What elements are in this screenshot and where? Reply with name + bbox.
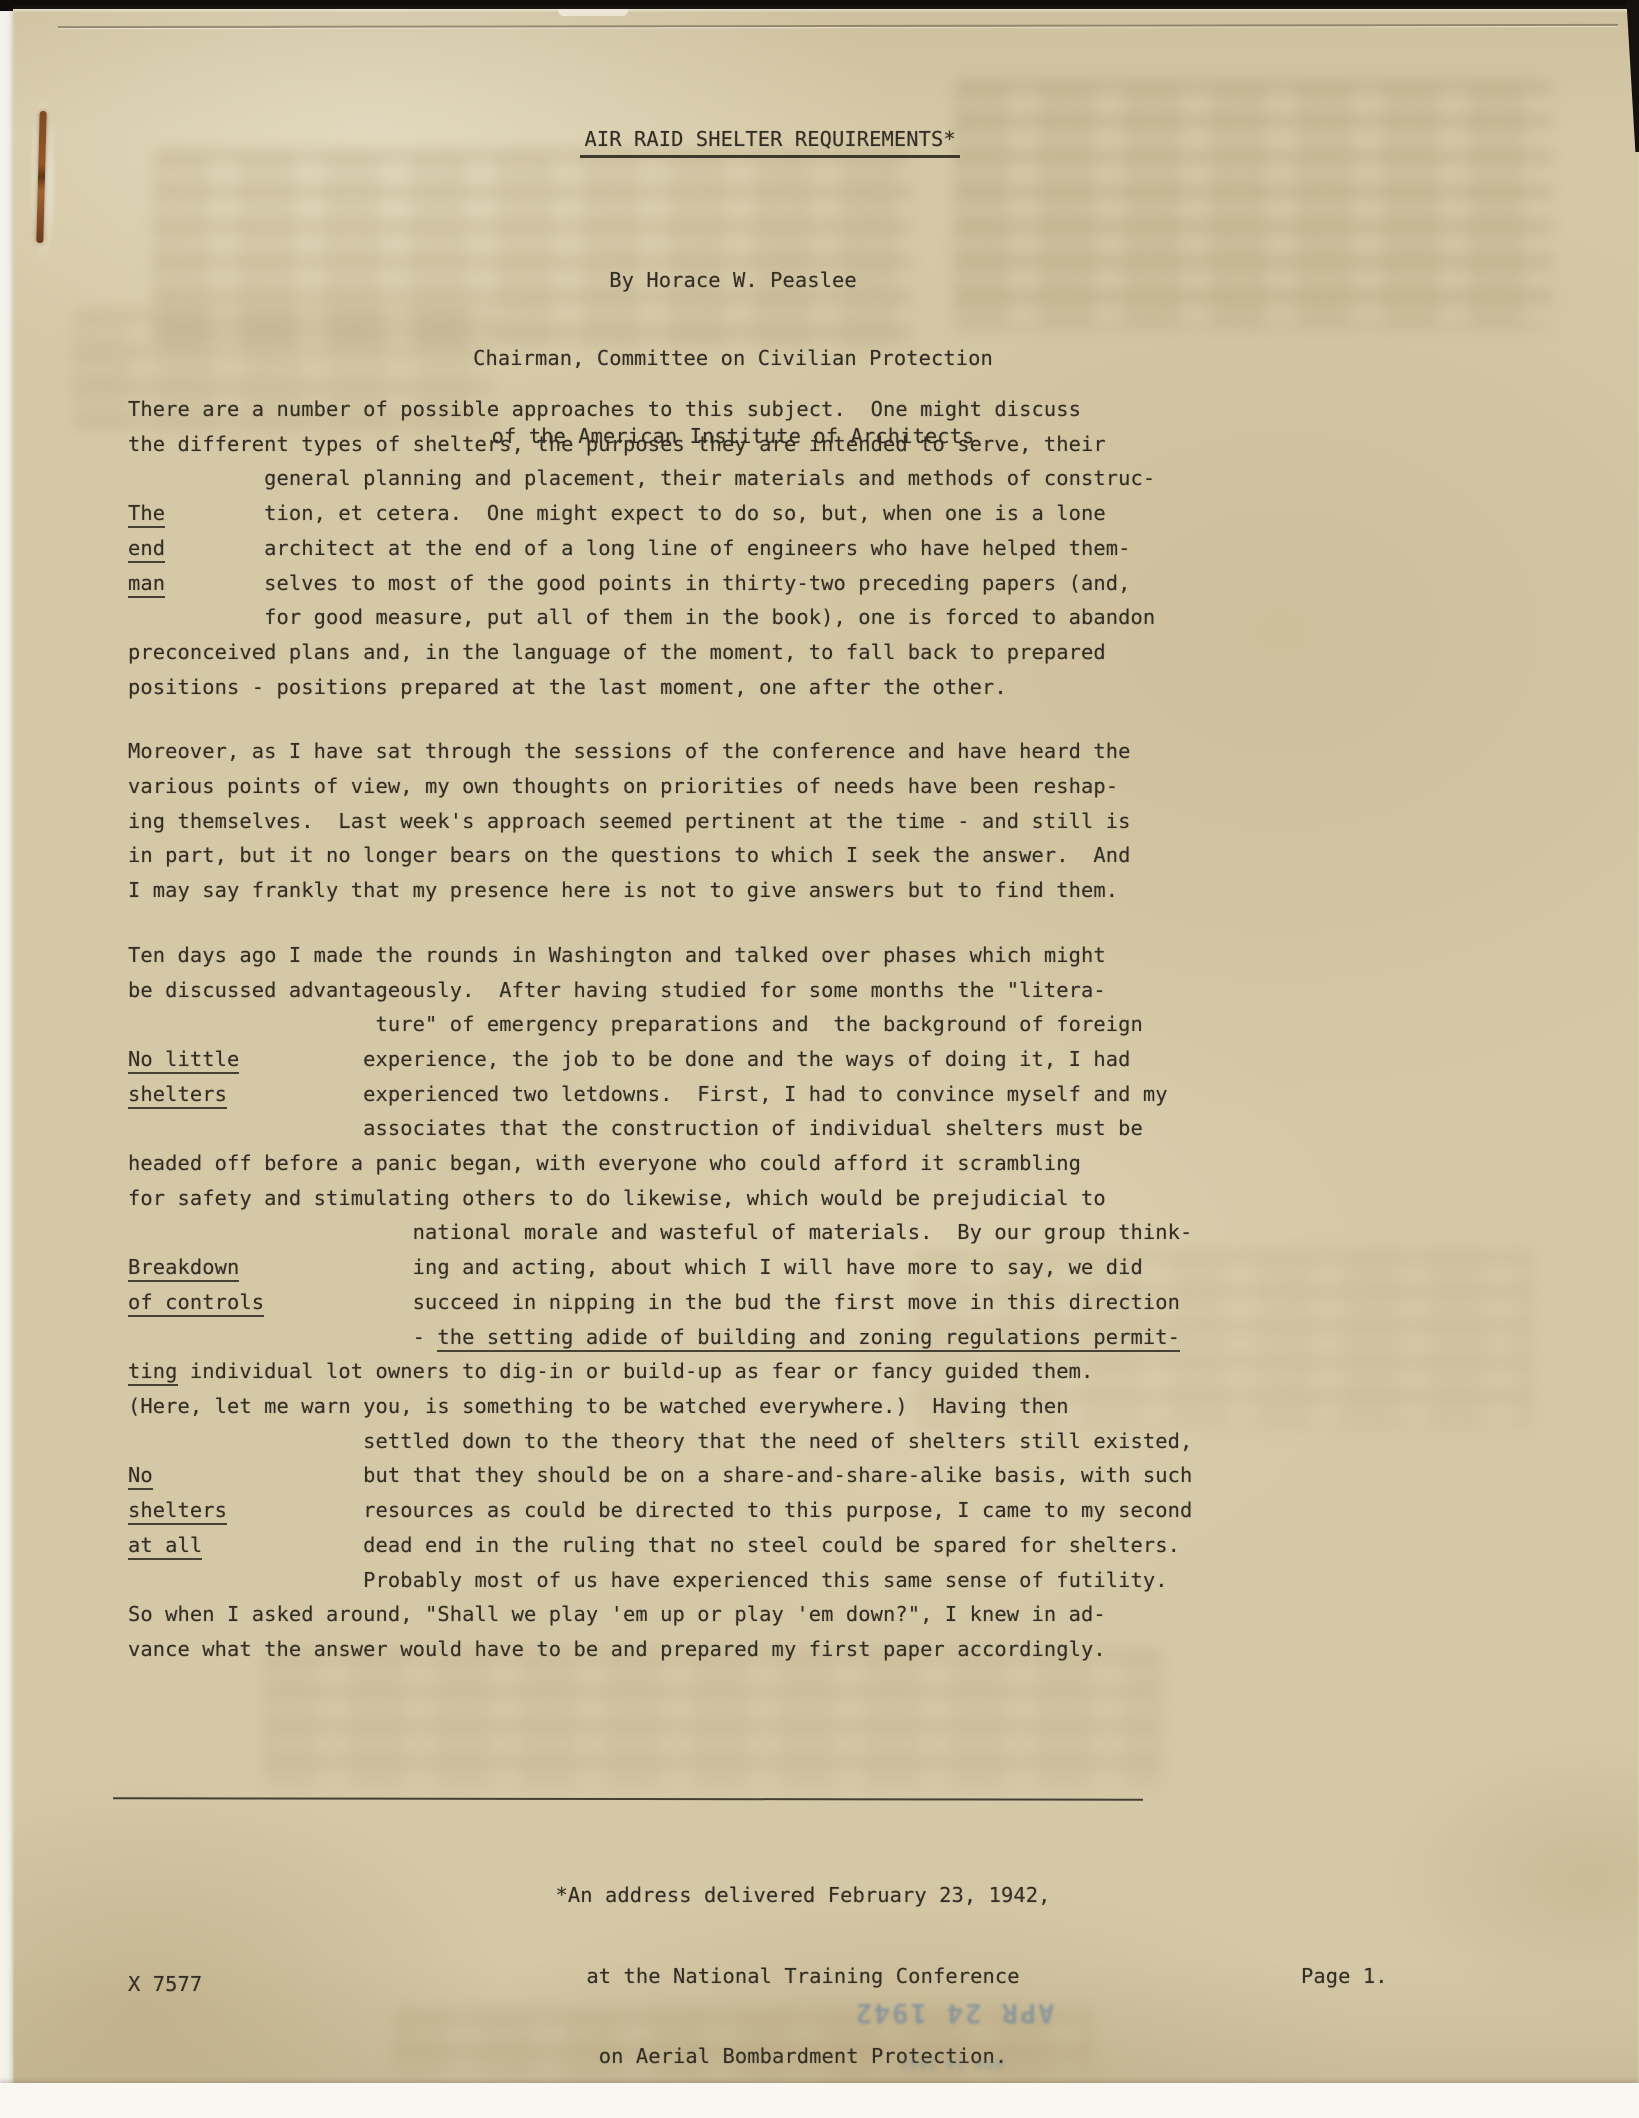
paper-crease xyxy=(58,24,1618,28)
text-segment: I may say frankly that my presence here … xyxy=(128,878,1118,902)
text-segment: - xyxy=(128,1325,437,1349)
underlined-text: No little xyxy=(128,1047,239,1074)
text-segment: associates that the construction of indi… xyxy=(128,1116,1143,1140)
text-line: shelters resources as could be directed … xyxy=(128,1493,1192,1528)
text-segment: There are a number of possible approache… xyxy=(128,397,1081,421)
date-stamp-bleedthrough: APR 24 1942 xyxy=(839,1997,1069,2028)
page-title: AIR RAID SHELTER REQUIREMENTS* xyxy=(580,126,959,158)
text-line: of controls succeed in nipping in the bu… xyxy=(128,1285,1192,1320)
text-line: preconceived plans and, in the language … xyxy=(128,635,1192,670)
scanner-edge-bottom xyxy=(0,2083,1639,2118)
underlined-text: the setting adide of building and zoning… xyxy=(437,1325,1180,1352)
text-line: positions - positions prepared at the la… xyxy=(128,670,1192,705)
text-line: vance what the answer would have to be a… xyxy=(128,1632,1192,1667)
text-line: associates that the construction of indi… xyxy=(128,1111,1192,1146)
text-line: general planning and placement, their ma… xyxy=(128,461,1192,496)
text-segment: selves to most of the good points in thi… xyxy=(165,571,1130,595)
text-segment: Probably most of us have experienced thi… xyxy=(128,1568,1168,1592)
text-segment: national morale and wasteful of material… xyxy=(128,1220,1192,1244)
byline-author: By Horace W. Peaslee xyxy=(128,267,1338,293)
underlined-text: ting xyxy=(128,1359,178,1386)
underlined-text: at all xyxy=(128,1533,202,1560)
text-line: various points of view, my own thoughts … xyxy=(128,769,1192,804)
text-segment: experience, the job to be done and the w… xyxy=(239,1047,1130,1071)
text-segment: be discussed advantageously. After havin… xyxy=(128,978,1106,1002)
text-segment: in part, but it no longer bears on the q… xyxy=(128,843,1130,867)
text-segment: Moreover, as I have sat through the sess… xyxy=(128,739,1130,763)
underlined-text: The xyxy=(128,501,165,528)
text-segment: for good measure, put all of them in the… xyxy=(128,605,1155,629)
underlined-text: shelters xyxy=(128,1498,227,1525)
text-line: for good measure, put all of them in the… xyxy=(128,600,1192,635)
text-line: at all dead end in the ruling that no st… xyxy=(128,1528,1192,1563)
scanned-document-screen: AIR RAID SHELTER REQUIREMENTS* By Horace… xyxy=(0,0,1639,2118)
text-line: No but that they should be on a share-an… xyxy=(128,1458,1192,1493)
underlined-text: man xyxy=(128,571,165,598)
text-line: Moreover, as I have sat through the sess… xyxy=(128,734,1192,769)
text-segment: general planning and placement, their ma… xyxy=(128,466,1155,490)
footnote: *An address delivered February 23, 1942,… xyxy=(298,1829,1308,2085)
text-line: So when I asked around, "Shall we play '… xyxy=(128,1597,1192,1632)
text-line: The tion, et cetera. One might expect to… xyxy=(128,496,1192,531)
text-segment: various points of view, my own thoughts … xyxy=(128,774,1118,798)
text-segment: succeed in nipping in the bud the first … xyxy=(264,1290,1180,1314)
document-body: There are a number of possible approache… xyxy=(128,392,1192,1697)
text-line: - the setting adide of building and zoni… xyxy=(128,1320,1192,1355)
text-line: end architect at the end of a long line … xyxy=(128,531,1192,566)
text-segment: experienced two letdowns. First, I had t… xyxy=(227,1082,1168,1106)
text-segment: Ten days ago I made the rounds in Washin… xyxy=(128,943,1106,967)
paper-tear xyxy=(558,9,628,16)
text-segment: the different types of shelters, the pur… xyxy=(128,432,1106,456)
text-segment: So when I asked around, "Shall we play '… xyxy=(128,1602,1106,1626)
footnote-divider xyxy=(113,1797,1143,1800)
text-line: national morale and wasteful of material… xyxy=(128,1215,1192,1250)
text-segment: architect at the end of a long line of e… xyxy=(165,536,1130,560)
date-stamp-echo: APR 24 1942 xyxy=(851,2055,1051,2071)
text-segment: vance what the answer would have to be a… xyxy=(128,1637,1106,1661)
text-line: for safety and stimulating others to do … xyxy=(128,1181,1192,1216)
text-segment: ing themselves. Last week's approach see… xyxy=(128,809,1130,833)
text-segment: headed off before a panic began, with ev… xyxy=(128,1151,1081,1175)
text-segment: individual lot owners to dig-in or build… xyxy=(178,1359,1094,1383)
text-line: the different types of shelters, the pur… xyxy=(128,427,1192,462)
underlined-text: Breakdown xyxy=(128,1255,239,1282)
document-page: AIR RAID SHELTER REQUIREMENTS* By Horace… xyxy=(13,9,1639,2085)
text-line: (Here, let me warn you, is something to … xyxy=(128,1389,1192,1424)
document-number: X 7577 xyxy=(128,1971,202,1997)
text-line: Ten days ago I made the rounds in Washin… xyxy=(128,938,1192,973)
text-segment: ture" of emergency preparations and the … xyxy=(128,1012,1143,1036)
text-line: ting individual lot owners to dig-in or … xyxy=(128,1354,1192,1389)
text-line: ing themselves. Last week's approach see… xyxy=(128,804,1192,839)
footnote-line: *An address delivered February 23, 1942, xyxy=(298,1882,1308,1909)
text-segment: tion, et cetera. One might expect to do … xyxy=(165,501,1106,525)
paragraph: There are a number of possible approache… xyxy=(128,392,1192,704)
underlined-text: shelters xyxy=(128,1082,227,1109)
text-segment: (Here, let me warn you, is something to … xyxy=(128,1394,1069,1418)
text-line: There are a number of possible approache… xyxy=(128,392,1192,427)
text-line: man selves to most of the good points in… xyxy=(128,566,1192,601)
footnote-line: at the National Training Conference xyxy=(298,1963,1308,1990)
paragraph: Moreover, as I have sat through the sess… xyxy=(128,734,1192,908)
text-line: headed off before a panic began, with ev… xyxy=(128,1146,1192,1181)
text-segment: settled down to the theory that the need… xyxy=(128,1429,1192,1453)
text-segment: positions - positions prepared at the la… xyxy=(128,675,1007,699)
text-line: shelters experienced two letdowns. First… xyxy=(128,1077,1192,1112)
text-line: ture" of emergency preparations and the … xyxy=(128,1007,1192,1042)
underlined-text: end xyxy=(128,536,165,563)
text-line: settled down to the theory that the need… xyxy=(128,1424,1192,1459)
text-segment: resources as could be directed to this p… xyxy=(227,1498,1192,1522)
text-line: in part, but it no longer bears on the q… xyxy=(128,838,1192,873)
text-segment: preconceived plans and, in the language … xyxy=(128,640,1106,664)
underlined-text: No xyxy=(128,1463,153,1490)
text-segment: ing and acting, about which I will have … xyxy=(239,1255,1142,1279)
text-line: I may say frankly that my presence here … xyxy=(128,873,1192,908)
byline-role: Chairman, Committee on Civilian Protecti… xyxy=(128,345,1338,371)
text-segment: but that they should be on a share-and-s… xyxy=(153,1463,1193,1487)
page-number: Page 1. xyxy=(1301,1963,1388,1989)
text-segment: for safety and stimulating others to do … xyxy=(128,1186,1106,1210)
underlined-text: of controls xyxy=(128,1290,264,1317)
text-line: be discussed advantageously. After havin… xyxy=(128,973,1192,1008)
text-line: Breakdown ing and acting, about which I … xyxy=(128,1250,1192,1285)
text-segment: dead end in the ruling that no steel cou… xyxy=(202,1533,1180,1557)
text-line: No little experience, the job to be done… xyxy=(128,1042,1192,1077)
text-line: Probably most of us have experienced thi… xyxy=(128,1563,1192,1598)
footnote-line: on Aerial Bombardment Protection. xyxy=(298,2043,1308,2070)
paragraph: Ten days ago I made the rounds in Washin… xyxy=(128,938,1192,1667)
